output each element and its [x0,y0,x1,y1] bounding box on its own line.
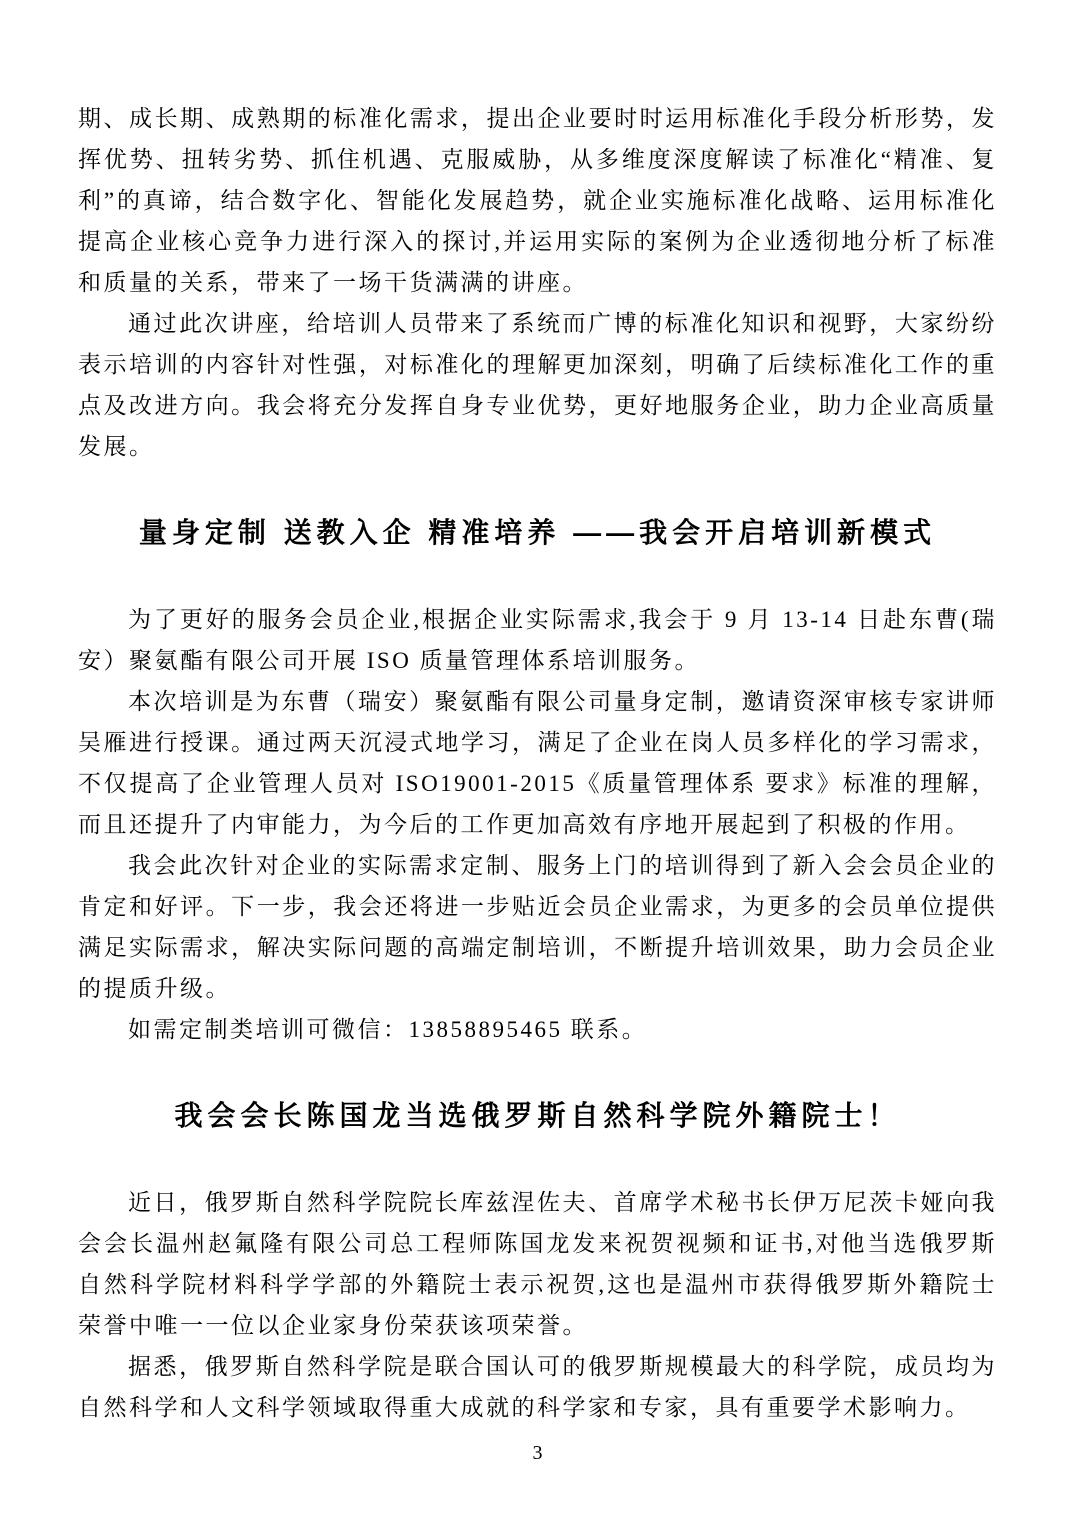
paragraph-training-course-detail: 本次培训是为东曹（瑞安）聚氨酯有限公司量身定制，邀请资深审核专家讲师吴雁进行授课… [78,681,997,845]
paragraph-training-contact: 如需定制类培训可微信：13858895465 联系。 [78,1009,997,1050]
paragraph-training-feedback: 我会此次针对企业的实际需求定制、服务上门的培训得到了新入会会员企业的肯定和好评。… [78,845,997,1009]
document-page: 期、成长期、成熟期的标准化需求，提出企业要时时运用标准化手段分析形势，发挥优势、… [0,0,1075,1536]
heading-training-new-model: 量身定制 送教入企 精准培养 ——我会开启培训新模式 [78,511,997,555]
paragraph-academician-about: 据悉，俄罗斯自然科学院是联合国认可的俄罗斯规模最大的科学院，成员均为自然科学和人… [78,1346,997,1428]
page-number: 3 [0,1440,1075,1466]
paragraph-standardization-continuation: 期、成长期、成熟期的标准化需求，提出企业要时时运用标准化手段分析形势，发挥优势、… [78,98,997,303]
paragraph-lecture-feedback: 通过此次讲座，给培训人员带来了系统而广博的标准化知识和视野，大家纷纷表示培训的内… [78,303,997,467]
paragraph-academician-news: 近日，俄罗斯自然科学院院长库兹涅佐夫、首席学术秘书长伊万尼茨卡娅向我会会长温州赵… [78,1182,997,1346]
paragraph-training-plan: 为了更好的服务会员企业,根据企业实际需求,我会于 9 月 13-14 日赴东曹(… [78,599,997,681]
heading-academician-election: 我会会长陈国龙当选俄罗斯自然科学院外籍院士！ [78,1094,997,1138]
